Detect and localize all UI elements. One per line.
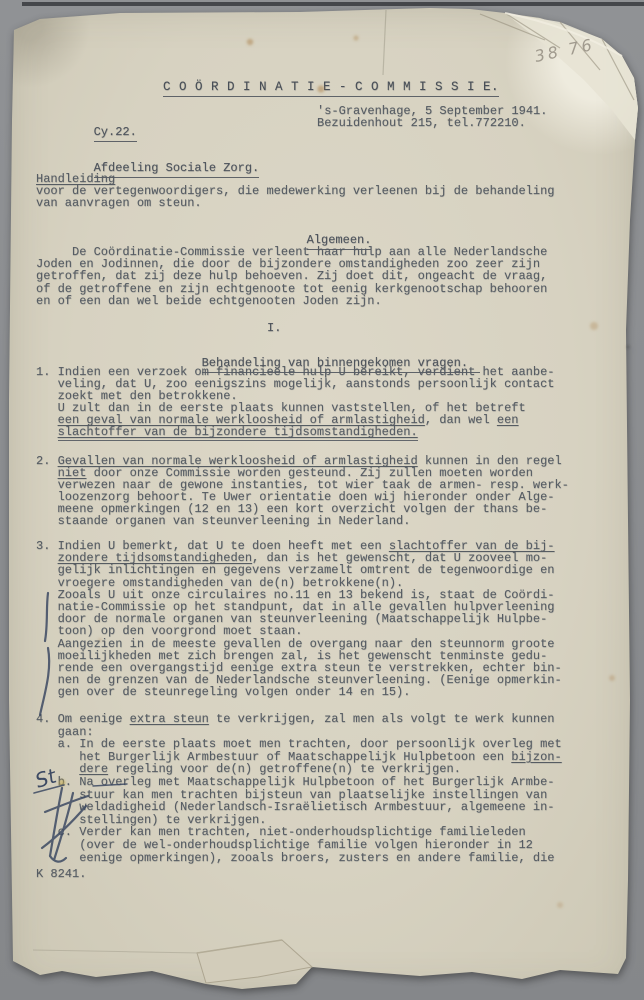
section-numeral: I. — [267, 321, 281, 335]
address-line: Bezuidenhout 215, tel.772210. — [317, 117, 526, 129]
item-1: 1. Indien een verzoek om financieele hul… — [36, 366, 554, 438]
item-3: 3. Indien U bemerkt, dat U te doen heeft… — [36, 540, 562, 699]
item-2: 2. Gevallen van normale werkloosheid of … — [36, 455, 569, 527]
document-page: C O Ö R D I N A T I E - C O M M I S S I … — [0, 0, 644, 1000]
document-title: C O Ö R D I N A T I E - C O M M I S S I … — [163, 80, 499, 97]
item-4: 4. Om eenige extra steun te verkrijgen, … — [36, 713, 562, 864]
general-paragraph: De Coördinatie-Commissie verleent haar h… — [36, 246, 547, 307]
paper-shadow-wrap: C O Ö R D I N A T I E - C O M M I S S I … — [0, 0, 644, 1000]
manual-intro: Handleidingvoor de vertegenwoordigers, d… — [36, 173, 554, 209]
footer-reference: K 8241. — [36, 868, 86, 880]
photo-backdrop: C O Ö R D I N A T I E - C O M M I S S I … — [0, 0, 644, 1000]
